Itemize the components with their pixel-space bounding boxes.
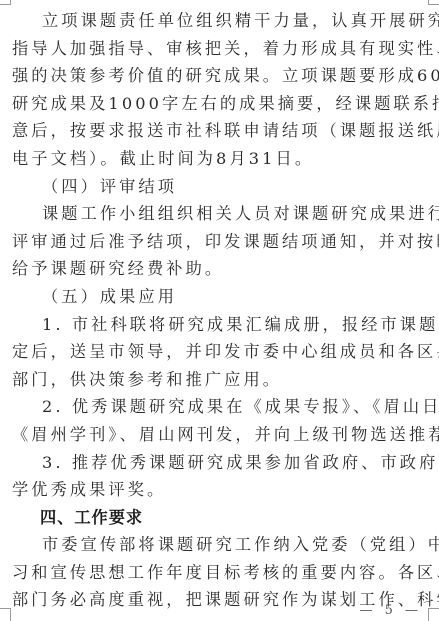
list-item-line: 1. 市社科联将研究成果汇编成册，报经市课题工作小组审 [12, 311, 424, 339]
list-item-line: 定后，送呈市领导，并印发市委中心组成员和各区县、市级相关 [12, 338, 424, 366]
list-item-line: 部门，供决策参考和推广应用。 [12, 366, 424, 394]
crop-mark-top-left [0, 0, 11, 5]
paragraph-line: 指导人加强指导、审核把关，着力形成具有现实性、针对性和较 [12, 35, 424, 63]
paragraph-line: 立项课题责任单位组织精干力量，认真开展研究；课题联系 [12, 7, 424, 35]
crop-mark-top-right [428, 0, 439, 5]
section-heading-application: （五）成果应用 [12, 283, 424, 311]
list-item-line: 2. 优秀课题研究成果在《成果专报》、《眉山日报·理论版》、 [12, 393, 424, 421]
crop-mark-bottom-right [428, 608, 439, 621]
paragraph-line: 意后，按要求报送市社科联申请结项（课题报送纸质文档1份和 [12, 117, 424, 145]
list-item-line: 《眉州学刊》、眉山网刊发，并向上级刊物选送推荐。 [12, 421, 424, 449]
paragraph-line: 课题工作小组组织相关人员对课题研究成果进行综合评审， [12, 200, 424, 228]
paragraph-line: 强的决策参考价值的研究成果。立项课题要形成6000字以内的 [12, 62, 424, 90]
paragraph-line: 评审通过后准予结项，印发课题结项通知，并对按时结项的课题 [12, 228, 424, 256]
list-item-line: 学优秀成果评奖。 [12, 476, 424, 504]
document-page: 立项课题责任单位组织精干力量，认真开展研究；课题联系 指导人加强指导、审核把关，… [12, 7, 424, 614]
page-number: — 5 — [359, 603, 422, 618]
section-heading-review: （四）评审结项 [12, 173, 424, 201]
paragraph-line: 电子文档）。截止时间为8月31日。 [12, 145, 424, 173]
paragraph-line: 市委宣传部将课题研究工作纳入党委（党组）中心组理论学 [12, 531, 424, 559]
crop-mark-bottom-left [0, 608, 11, 621]
paragraph-line: 给予课题研究经费补助。 [12, 255, 424, 283]
paragraph-line: 研究成果及1000字左右的成果摘要，经课题联系指导人审核同 [12, 90, 424, 118]
paragraph-line: 习和宣传思想工作年度目标考核的重要内容。各区、县和市级各 [12, 559, 424, 587]
chapter-heading-work-requirements: 四、工作要求 [12, 504, 424, 532]
list-item-line: 3. 推荐优秀课题研究成果参加省政府、市政府哲学社会科 [12, 449, 424, 477]
